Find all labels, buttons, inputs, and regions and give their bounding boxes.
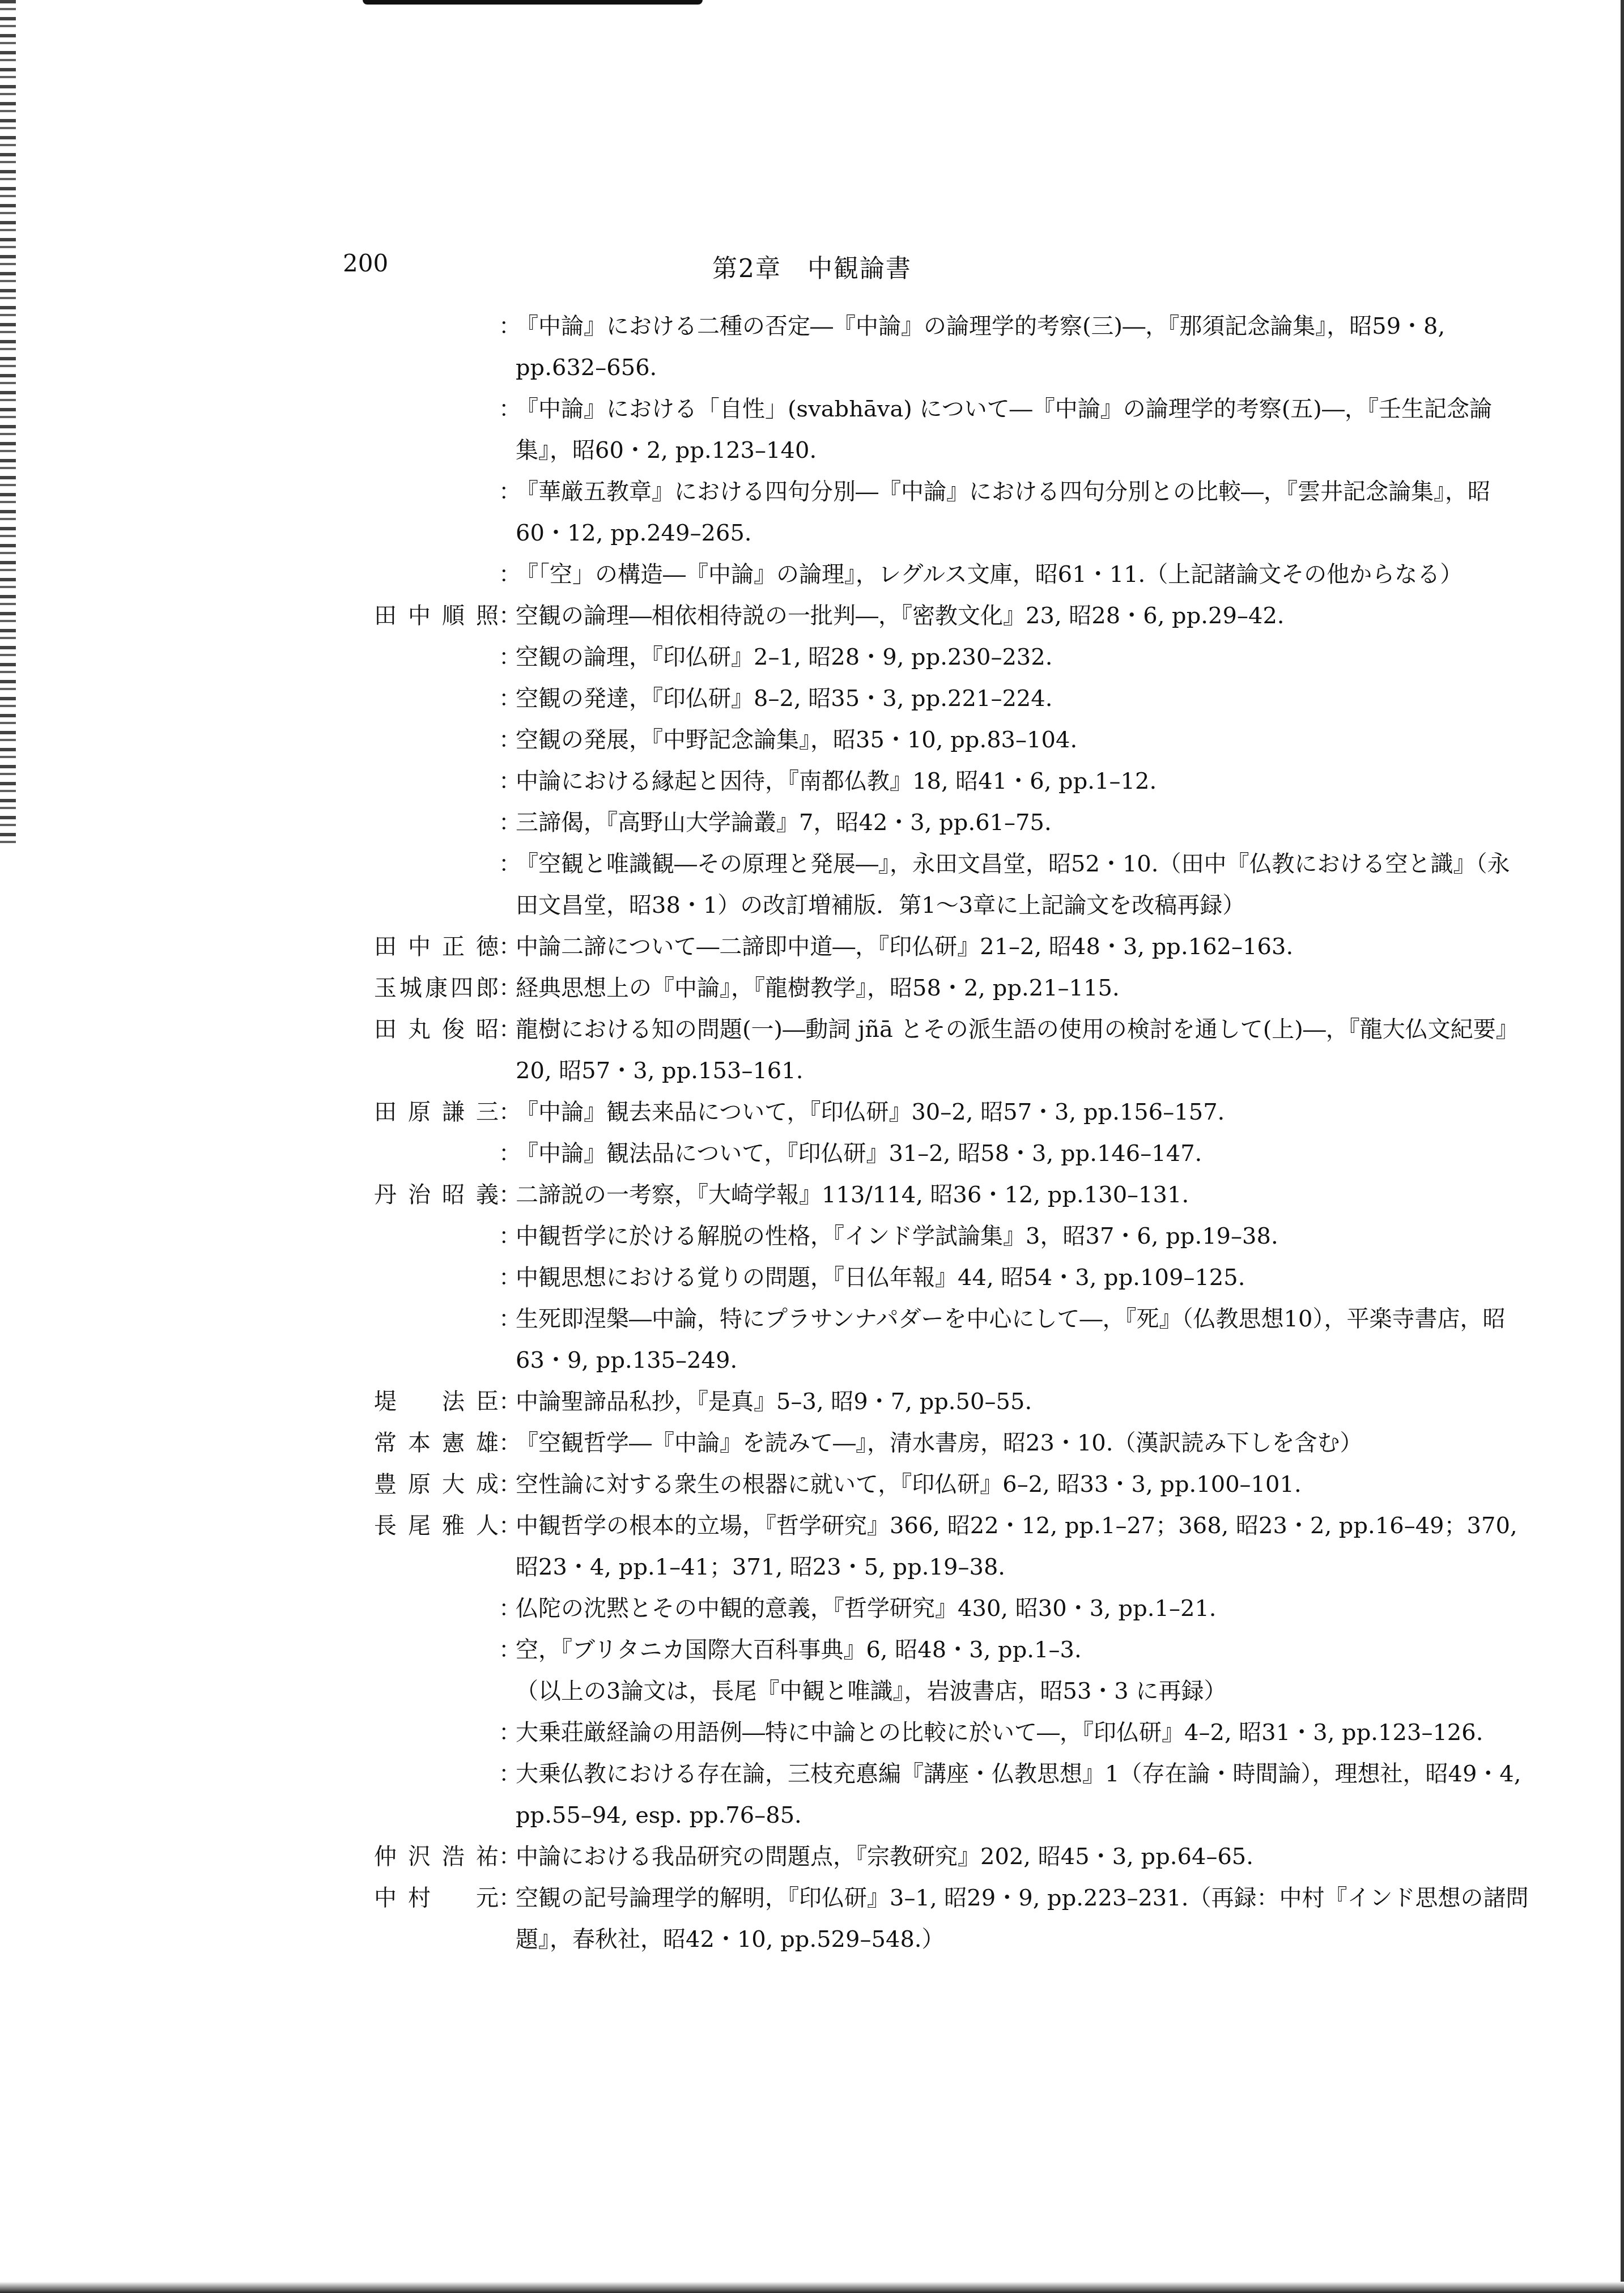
running-head: 第2章 中観論書: [0, 248, 1624, 284]
bibliography-entry: ：大乗荘厳経論の用語例―特に中論との比較に於いて―，『印仏研』4–2, 昭31・…: [374, 1712, 1530, 1754]
entry-separator: ：: [499, 595, 516, 637]
entry-separator: ：: [499, 1630, 516, 1671]
bibliography-entry: 田中順照：空観の論理―相依相待説の一批判―，『密教文化』23, 昭28・6, p…: [374, 595, 1530, 637]
entry-author: 田原謙三: [374, 1092, 499, 1133]
bibliography-entry: ：『華厳五教章』における四句分別―『中論』における四句分別との比較―，『雲井記念…: [374, 471, 1530, 554]
bibliography-entry: ：中観思想における覚りの問題，『日仏年報』44, 昭54・3, pp.109–1…: [374, 1257, 1530, 1299]
entry-text: 大乗仏教における存在論，三枝充悳編『講座・仏教思想』1（存在論・時間論），理想社…: [516, 1754, 1530, 1836]
entry-text: 中論における縁起と因待，『南都仏教』18, 昭41・6, pp.1–12.: [516, 761, 1530, 802]
entry-text: 空観の発達，『印仏研』8–2, 昭35・3, pp.221–224.: [516, 678, 1530, 720]
entry-author: [374, 1630, 499, 1671]
entry-separator: ：: [499, 1257, 516, 1299]
entry-text: 龍樹における知の問題(一)―動詞 jñā とその派生語の使用の検討を通して(上)…: [516, 1009, 1530, 1092]
entry-separator: ：: [499, 1754, 516, 1836]
entry-separator: ：: [499, 761, 516, 802]
bibliography-entry: ：生死即涅槃―中論，特にプラサンナパダーを中心にして―，『死』（仏教思想10），…: [374, 1299, 1530, 1381]
entry-text: 中観思想における覚りの問題，『日仏年報』44, 昭54・3, pp.109–12…: [516, 1257, 1530, 1299]
bibliography-entry: 田中正徳：中論二諦について―二諦即中道―，『印仏研』21–2, 昭48・3, p…: [374, 926, 1530, 968]
entry-author: 仲沢浩祐: [374, 1836, 499, 1878]
entry-author: [374, 306, 499, 389]
entry-separator: ：: [499, 720, 516, 761]
entry-text: 空，『ブリタニカ国際大百科事典』6, 昭48・3, pp.1–3.: [516, 1630, 1530, 1671]
entry-author: 丹治昭義: [374, 1175, 499, 1216]
entry-author: 田中正徳: [374, 926, 499, 968]
bibliography-entry: 丹治昭義：二諦説の一考察，『大崎学報』113/114, 昭36・12, pp.1…: [374, 1175, 1530, 1216]
bibliography-entry: ：空観の発達，『印仏研』8–2, 昭35・3, pp.221–224.: [374, 678, 1530, 720]
entry-author: [374, 471, 499, 554]
entry-separator: ：: [499, 1175, 516, 1216]
entry-separator: ：: [499, 1133, 516, 1175]
entry-author: [374, 1299, 499, 1381]
bibliography-entry: ：『中論』における二種の否定―『中論』の論理学的考察(三)―，『那須記念論集』，…: [374, 306, 1530, 389]
entry-separator: ：: [499, 1299, 516, 1381]
bibliography-entry: 堤 法臣：中論聖諦品私抄，『是真』5–3, 昭9・7, pp.50–55.: [374, 1381, 1530, 1423]
entry-separator: ：: [499, 1588, 516, 1630]
entry-author: [374, 720, 499, 761]
entry-separator: ：: [499, 1423, 516, 1464]
bibliography-entry: 玉城康四郎：経典思想上の『中論』，『龍樹教学』，昭58・2, pp.21–115…: [374, 968, 1530, 1009]
entry-separator: ：: [499, 637, 516, 678]
bibliography-entry: ：『中論』における「自性」(svabhāva) について―『中論』の論理学的考察…: [374, 389, 1530, 471]
entry-separator: ：: [499, 554, 516, 595]
entry-separator: ：: [499, 1878, 516, 1960]
entry-author: 田中順照: [374, 595, 499, 637]
bibliography-entry: ：『「空」の構造―『中論』の論理』，レグルス文庫，昭61・11.（上記諸論文その…: [374, 554, 1530, 595]
entry-text: 中観哲学に於ける解脱の性格，『インド学試論集』3，昭37・6, pp.19–38…: [516, 1216, 1530, 1257]
bibliography-entry: （以上の3論文は，長尾『中観と唯識』，岩波書店，昭53・3 に再録）: [374, 1671, 1530, 1712]
entry-text: 生死即涅槃―中論，特にプラサンナパダーを中心にして―，『死』（仏教思想10），平…: [516, 1299, 1530, 1381]
entry-author: [374, 802, 499, 844]
bibliography-entry: 常本憲雄：『空観哲学―『中論』を読みて―』，清水書房，昭23・10.（漢訳読み下…: [374, 1423, 1530, 1464]
entry-text: 『中論』観去来品について，『印仏研』30–2, 昭57・3, pp.156–15…: [516, 1092, 1530, 1133]
bibliography-entry: 田原謙三：『中論』観去来品について，『印仏研』30–2, 昭57・3, pp.1…: [374, 1092, 1530, 1133]
entry-separator: ：: [499, 306, 516, 389]
entry-text: 中論における我品研究の問題点，『宗教研究』202, 昭45・3, pp.64–6…: [516, 1836, 1530, 1878]
entry-separator: ：: [499, 1216, 516, 1257]
entry-author: 豊原大成: [374, 1464, 499, 1505]
entry-text: 『中論』における二種の否定―『中論』の論理学的考察(三)―，『那須記念論集』，昭…: [516, 306, 1530, 389]
entry-author: 中村 元: [374, 1878, 499, 1960]
entry-author: [374, 1257, 499, 1299]
entry-text: 空観の論理―相依相待説の一批判―，『密教文化』23, 昭28・6, pp.29–…: [516, 595, 1530, 637]
entry-text: 『中論』における「自性」(svabhāva) について―『中論』の論理学的考察(…: [516, 389, 1530, 471]
bibliography-entry: ：『中論』観法品について，『印仏研』31–2, 昭58・3, pp.146–14…: [374, 1133, 1530, 1175]
entry-separator: ：: [499, 1464, 516, 1505]
entry-separator: ：: [499, 1009, 516, 1092]
bibliography-list: ：『中論』における二種の否定―『中論』の論理学的考察(三)―，『那須記念論集』，…: [374, 306, 1530, 1960]
bibliography-entry: ：『空観と唯識観―その原理と発展―』，永田文昌堂，昭52・10.（田中『仏教にお…: [374, 844, 1530, 926]
bibliography-entry: 中村 元：空観の記号論理学的解明，『印仏研』3–1, 昭29・9, pp.223…: [374, 1878, 1530, 1960]
entry-author: [374, 844, 499, 926]
entry-text: 空観の発展，『中野記念論集』，昭35・10, pp.83–104.: [516, 720, 1530, 761]
bibliography-entry: 田丸俊昭：龍樹における知の問題(一)―動詞 jñā とその派生語の使用の検討を通…: [374, 1009, 1530, 1092]
bibliography-entry: 仲沢浩祐：中論における我品研究の問題点，『宗教研究』202, 昭45・3, pp…: [374, 1836, 1530, 1878]
scan-smudge: [363, 0, 703, 5]
entry-separator: ：: [499, 1505, 516, 1588]
entry-author: [374, 761, 499, 802]
entry-author: [374, 1133, 499, 1175]
entry-text: 『空観哲学―『中論』を読みて―』，清水書房，昭23・10.（漢訳読み下しを含む）: [516, 1423, 1530, 1464]
entry-text: 空性論に対する衆生の根器に就いて，『印仏研』6–2, 昭33・3, pp.100…: [516, 1464, 1530, 1505]
bibliography-entry: ：中論における縁起と因待，『南都仏教』18, 昭41・6, pp.1–12.: [374, 761, 1530, 802]
entry-author: [374, 1588, 499, 1630]
entry-separator: ：: [499, 802, 516, 844]
entry-separator: ：: [499, 1712, 516, 1754]
entry-text: 二諦説の一考察，『大崎学報』113/114, 昭36・12, pp.130–13…: [516, 1175, 1530, 1216]
entry-separator: ：: [499, 926, 516, 968]
entry-author: [374, 678, 499, 720]
bibliography-entry: ：空，『ブリタニカ国際大百科事典』6, 昭48・3, pp.1–3.: [374, 1630, 1530, 1671]
entry-text: 中観哲学の根本的立場，『哲学研究』366, 昭22・12, pp.1–27；36…: [516, 1505, 1530, 1588]
entry-author: 堤 法臣: [374, 1381, 499, 1423]
entry-text: 『中論』観法品について，『印仏研』31–2, 昭58・3, pp.146–147…: [516, 1133, 1530, 1175]
bibliography-entry: ：空観の論理，『印仏研』2–1, 昭28・9, pp.230–232.: [374, 637, 1530, 678]
bibliography-entry: ：仏陀の沈黙とその中観的意義，『哲学研究』430, 昭30・3, pp.1–21…: [374, 1588, 1530, 1630]
entry-text: 『空観と唯識観―その原理と発展―』，永田文昌堂，昭52・10.（田中『仏教におけ…: [516, 844, 1530, 926]
entry-text: 『華厳五教章』における四句分別―『中論』における四句分別との比較―，『雲井記念論…: [516, 471, 1530, 554]
entry-text: 三諦偈，『高野山大学論叢』7，昭42・3, pp.61–75.: [516, 802, 1530, 844]
entry-author: [374, 637, 499, 678]
entry-text: 中論聖諦品私抄，『是真』5–3, 昭9・7, pp.50–55.: [516, 1381, 1530, 1423]
bibliography-entry: 豊原大成：空性論に対する衆生の根器に就いて，『印仏研』6–2, 昭33・3, p…: [374, 1464, 1530, 1505]
entry-separator: ：: [499, 1381, 516, 1423]
bibliography-entry: ：空観の発展，『中野記念論集』，昭35・10, pp.83–104.: [374, 720, 1530, 761]
entry-author: 長尾雅人: [374, 1505, 499, 1588]
entry-text: 空観の記号論理学的解明，『印仏研』3–1, 昭29・9, pp.223–231.…: [516, 1878, 1530, 1960]
entry-separator: ：: [499, 1092, 516, 1133]
entry-author: [374, 554, 499, 595]
scan-edge-right: [1621, 0, 1624, 2293]
scan-edge: [0, 0, 16, 850]
entry-author: 玉城康四郎: [374, 968, 499, 1009]
scan-edge-bottom: [0, 2282, 1624, 2293]
entry-author: 田丸俊昭: [374, 1009, 499, 1092]
entry-author: 常本憲雄: [374, 1423, 499, 1464]
entry-author: [374, 1671, 499, 1712]
bibliography-entry: ：大乗仏教における存在論，三枝充悳編『講座・仏教思想』1（存在論・時間論），理想…: [374, 1754, 1530, 1836]
entry-author: [374, 1754, 499, 1836]
bibliography-entry: ：中観哲学に於ける解脱の性格，『インド学試論集』3，昭37・6, pp.19–3…: [374, 1216, 1530, 1257]
entry-separator: ：: [499, 389, 516, 471]
entry-separator: ：: [499, 1836, 516, 1878]
entry-separator: ：: [499, 678, 516, 720]
entry-text: 仏陀の沈黙とその中観的意義，『哲学研究』430, 昭30・3, pp.1–21.: [516, 1588, 1530, 1630]
entry-text: 中論二諦について―二諦即中道―，『印仏研』21–2, 昭48・3, pp.162…: [516, 926, 1530, 968]
entry-text: 大乗荘厳経論の用語例―特に中論との比較に於いて―，『印仏研』4–2, 昭31・3…: [516, 1712, 1530, 1754]
entry-separator: ：: [499, 844, 516, 926]
entry-author: [374, 1712, 499, 1754]
bibliography-entry: ：三諦偈，『高野山大学論叢』7，昭42・3, pp.61–75.: [374, 802, 1530, 844]
entry-text: 『「空」の構造―『中論』の論理』，レグルス文庫，昭61・11.（上記諸論文その他…: [516, 554, 1530, 595]
bibliography-entry: 長尾雅人：中観哲学の根本的立場，『哲学研究』366, 昭22・12, pp.1–…: [374, 1505, 1530, 1588]
entry-text: 空観の論理，『印仏研』2–1, 昭28・9, pp.230–232.: [516, 637, 1530, 678]
entry-separator: ：: [499, 968, 516, 1009]
entry-author: [374, 1216, 499, 1257]
entry-separator: ：: [499, 471, 516, 554]
entry-text: 経典思想上の『中論』，『龍樹教学』，昭58・2, pp.21–115.: [516, 968, 1530, 1009]
entry-text: （以上の3論文は，長尾『中観と唯識』，岩波書店，昭53・3 に再録）: [516, 1671, 1530, 1712]
entry-author: [374, 389, 499, 471]
entry-separator: [499, 1671, 516, 1712]
